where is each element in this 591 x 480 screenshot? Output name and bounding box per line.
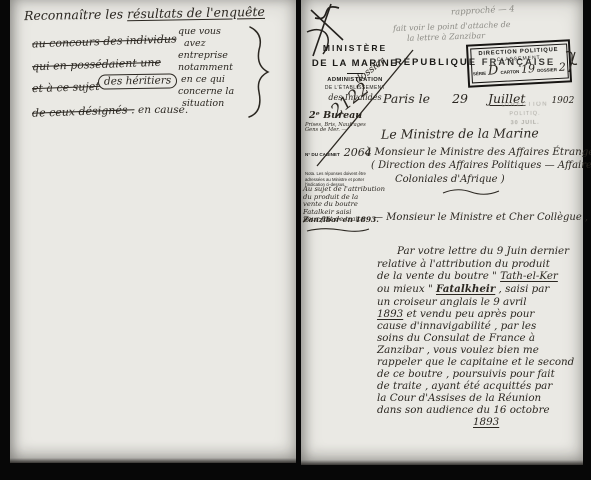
- struck-line: de ceux désignés .: [32, 104, 135, 119]
- body-line: la Cour d'Assises de la Réunion: [377, 393, 541, 403]
- flourish-under-address: [441, 187, 501, 197]
- salutation-main: — Monsieur le Ministre et Cher Collègue …: [373, 213, 588, 223]
- ink-mark-beside-stamp: [563, 48, 581, 74]
- salutation-margin: Zanzibar en 1893.: [303, 216, 379, 224]
- address-line-4: Coloniales d'Afrique ): [395, 175, 505, 185]
- body-closing-year: 1893: [473, 417, 499, 427]
- body-line: un croiseur anglais le 9 avril: [377, 297, 527, 307]
- receipt-stamp: DIRECTION POLITIQ. 30 JUIL.: [489, 100, 561, 128]
- date-day: 29: [452, 91, 468, 106]
- boxed-phrase: des héritiers: [98, 73, 177, 89]
- body-line: ou mieux " Fatalkheir , saisi par: [377, 284, 549, 294]
- flourish-under-margin: [305, 226, 371, 234]
- body-line: de la vente du boutre " Tath-el-Ker: [377, 271, 558, 281]
- body-line: de traite , ayant été acquittés par: [377, 381, 552, 391]
- date-city: Paris le: [383, 91, 430, 106]
- body-line-text: de la vente du boutre ": [377, 270, 500, 282]
- boutre-name-underlined: Tath-el-Ker: [500, 270, 558, 282]
- right-page: MINISTÈRE DE LA MARINE ADMINISTRATION DE…: [301, 0, 583, 465]
- fatalkheir-underlined: Fatalkheir: [436, 283, 495, 295]
- left-heading-start: Reconnaître les: [24, 6, 127, 23]
- side-line: situation: [182, 99, 234, 111]
- stamp-serie-value: D: [488, 64, 499, 78]
- body-line-text: , saisi par: [495, 283, 549, 295]
- address-line-2: à Monsieur le Ministre des Affaires Étra…: [365, 147, 591, 157]
- left-heading: Reconnaître les résultats de l'enquête: [24, 6, 265, 23]
- year-underlined: 1893: [377, 308, 403, 320]
- left-page: Reconnaître les résultats de l'enquête a…: [10, 0, 296, 463]
- body-line: de ce boutre , poursuivis pour fait: [377, 369, 555, 379]
- stamp-carton-value: 19: [521, 63, 536, 75]
- pencil-note-2-line: la lettre à Zanzibar: [407, 30, 511, 44]
- pencil-note-1: rapproché — 4: [451, 5, 515, 17]
- stamp-serie-row: SÉRIE D CARTON 19 DOSSIER 2: [474, 61, 566, 79]
- body-line: rappeler que le capitaine et le second: [377, 357, 574, 367]
- curly-brace-mark: [246, 24, 272, 120]
- body-line-text: ou mieux ": [377, 283, 436, 295]
- body-line: soins du Consulat de France à: [377, 333, 535, 343]
- page-bottom-shadow: [10, 458, 296, 463]
- body-line: Zanzibar , vous voulez bien me: [377, 345, 539, 355]
- classification-stamp: DIRECTION POLITIQUE CLASSEMENT SÉRIE D C…: [466, 39, 572, 87]
- body-line: relative à l'attribution du produit: [377, 259, 550, 269]
- stamp-dossier-label: DOSSIER: [537, 68, 557, 73]
- page-bottom-shadow: [301, 460, 583, 465]
- classification-stamp-inner: DIRECTION POLITIQUE CLASSEMENT SÉRIE D C…: [470, 43, 569, 84]
- stamp-serie-label: SÉRIE: [473, 72, 486, 77]
- struck-line: et à ce sujet: [32, 81, 100, 94]
- address-line-1: Le Ministre de la Marine: [381, 127, 539, 141]
- address-line-3: ( Direction des Affaires Politiques — Af…: [371, 161, 591, 171]
- left-heading-underlined: résultats de l'enquête: [127, 4, 265, 21]
- stamp-carton-label: CARTON: [500, 70, 519, 75]
- struck-line: au concours des individus: [32, 33, 177, 49]
- body-line: cause d'innavigabilité , par les: [377, 321, 536, 331]
- pencil-note-2: fait voir le point d'attache de la lettr…: [393, 22, 511, 42]
- body-line-text: et vendu peu après pour: [403, 308, 534, 320]
- body-line: Par votre lettre du 9 Juin dernier: [397, 246, 569, 256]
- struck-line: qui en possédaient une: [32, 57, 161, 72]
- body-line: dans son audience du 16 octobre: [377, 405, 550, 415]
- body-line: 1893 et vendu peu après pour: [377, 309, 534, 319]
- left-side-column: que vous avez entreprise notamment en ce…: [178, 27, 234, 111]
